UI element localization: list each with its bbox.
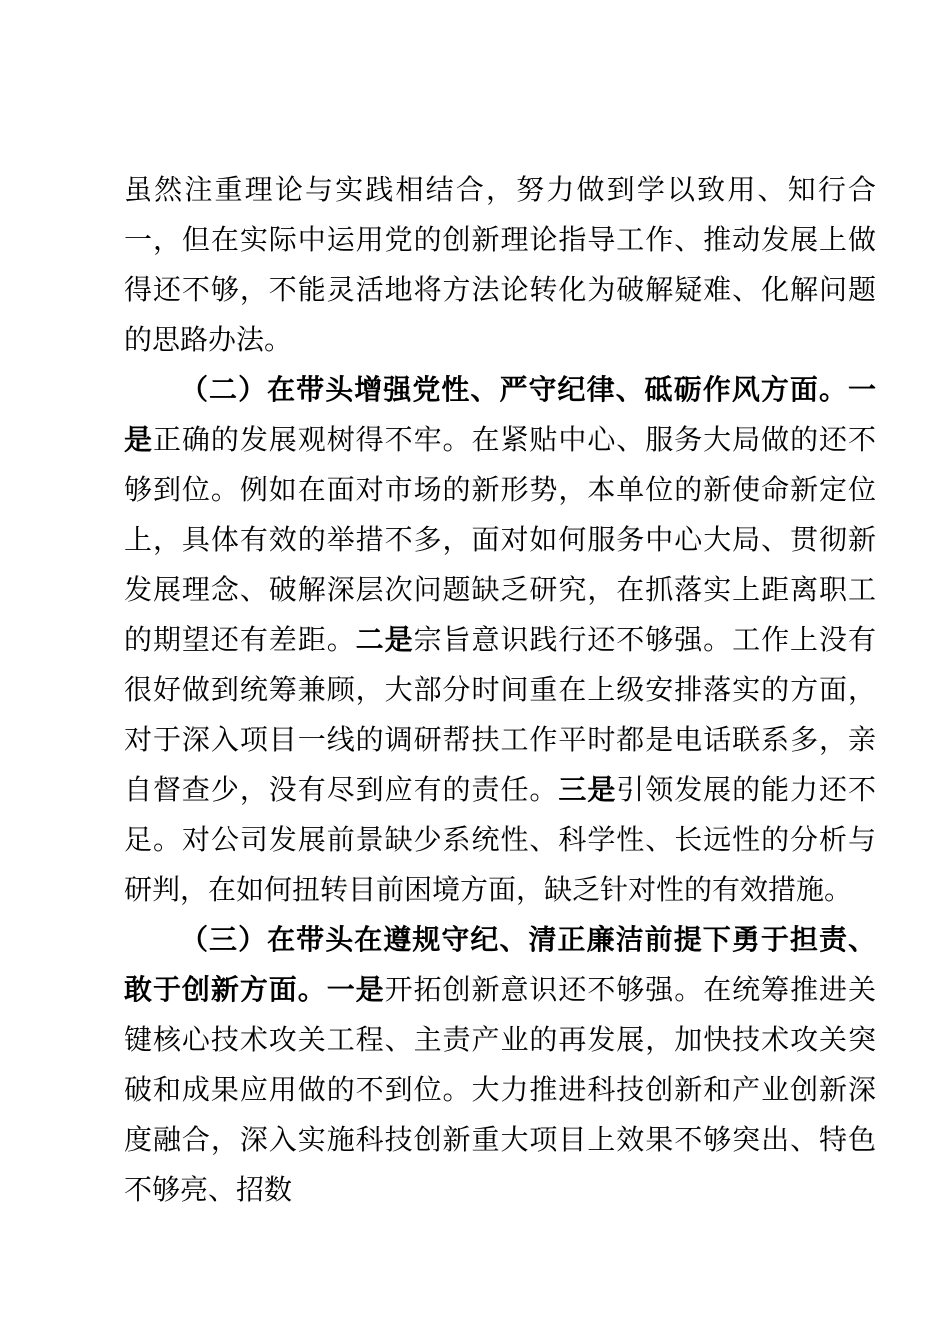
document-page: 虽然注重理论与实践相结合，努力做到学以致用、知行合一，但在实际中运用党的创新理论… [0,0,950,1344]
text-segment: 开拓创新意识还不够强。在统筹推进关键核心技术攻关工程、主责产业的再发展，加快技术… [124,975,876,1206]
paragraph: （三）在带头在遵规守纪、清正廉洁前提下勇于担责、敢于创新方面。一是开拓创新意识还… [124,916,876,1216]
bold-text-segment: 二是 [356,625,414,656]
text-segment: 虽然注重理论与实践相结合，努力做到学以致用、知行合一，但在实际中运用党的创新理论… [124,175,876,356]
bold-text-segment: 三是 [558,775,616,806]
paragraph: 虽然注重理论与实践相结合，努力做到学以致用、知行合一，但在实际中运用党的创新理论… [124,166,876,366]
text-segment: 正确的发展观树得不牢。在紧贴中心、服务大局做的还不够到位。例如在面对市场的新形势… [124,425,876,656]
paragraph: （二）在带头增强党性、严守纪律、砥砺作风方面。一是正确的发展观树得不牢。在紧贴中… [124,366,876,916]
document-body: 虽然注重理论与实践相结合，努力做到学以致用、知行合一，但在实际中运用党的创新理论… [124,166,876,1216]
